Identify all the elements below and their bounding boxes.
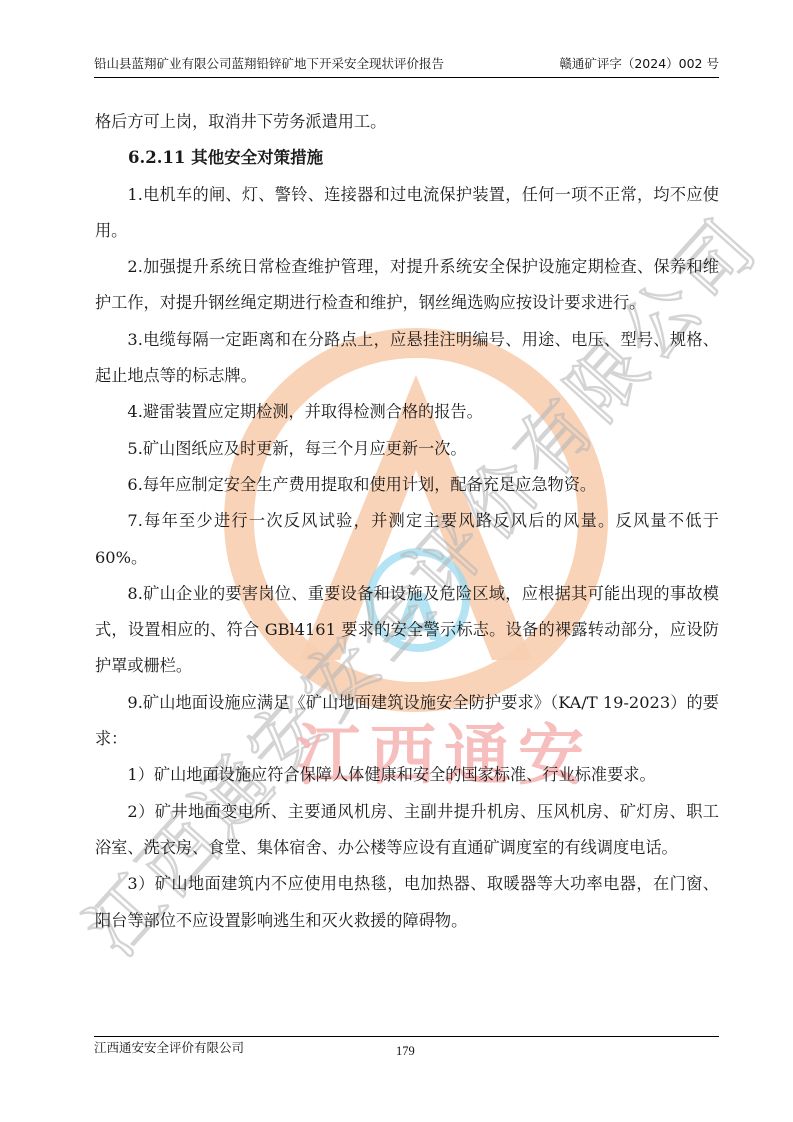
list-item: 9.矿山地面设施应满足《矿山地面建筑设施安全防护要求》（KA/T 19-2023… [95,685,719,758]
report-number: 赣通矿评字（2024）002 号 [559,55,719,77]
continuation-paragraph: 格后方可上岗，取消井下劳务派遣用工。 [95,104,719,140]
list-item: 4.避雷装置应定期检测，并取得检测合格的报告。 [95,394,719,430]
page-footer: 江西通安安全评价有限公司 179 [94,1036,719,1063]
page-header: 铅山县蓝翔矿业有限公司蓝翔铅锌矿地下开采安全现状评价报告 赣通矿评字（2024）… [94,55,719,78]
report-title: 铅山县蓝翔矿业有限公司蓝翔铅锌矿地下开采安全现状评价报告 [94,55,444,77]
list-item: 8.矿山企业的要害岗位、重要设备和设施及危险区域，应根据其可能出现的事故模式，设… [95,576,719,685]
list-item: 6.每年应制定安全生产费用提取和使用计划，配备充足应急物资。 [95,467,719,503]
list-item: 5.矿山图纸应及时更新，每三个月应更新一次。 [95,431,719,467]
page-number: 179 [396,1040,415,1062]
list-item: 2.加强提升系统日常检查维护管理，对提升系统安全保护设施定期检查、保养和维护工作… [95,249,719,322]
sub-list-item: 2）矿井地面变电所、主要通风机房、主副井提升机房、压风机房、矿灯房、职工浴室、洗… [95,794,719,867]
document-body: 格后方可上岗，取消井下劳务派遣用工。 6.2.11 其他安全对策措施 1.电机车… [95,104,719,939]
sub-list-item: 1）矿山地面设施应符合保障人体健康和安全的国家标准、行业标准要求。 [95,757,719,793]
list-item: 3.电缆每隔一定距离和在分路点上，应悬挂注明编号、用途、电压、型号、规格、起止地… [95,322,719,395]
list-item: 7.每年至少进行一次反风试验，并测定主要风路反风后的风量。反风量不低于 60%。 [95,503,719,576]
section-heading: 6.2.11 其他安全对策措施 [95,140,719,176]
sub-list-item: 3）矿山地面建筑内不应使用电热毯，电加热器、取暖器等大功率电器，在门窗、阳台等部… [95,866,719,939]
footer-company: 江西通安安全评价有限公司 [94,1037,244,1059]
list-item: 1.电机车的闸、灯、警铃、连接器和过电流保护装置，任何一项不正常，均不应使用。 [95,177,719,250]
